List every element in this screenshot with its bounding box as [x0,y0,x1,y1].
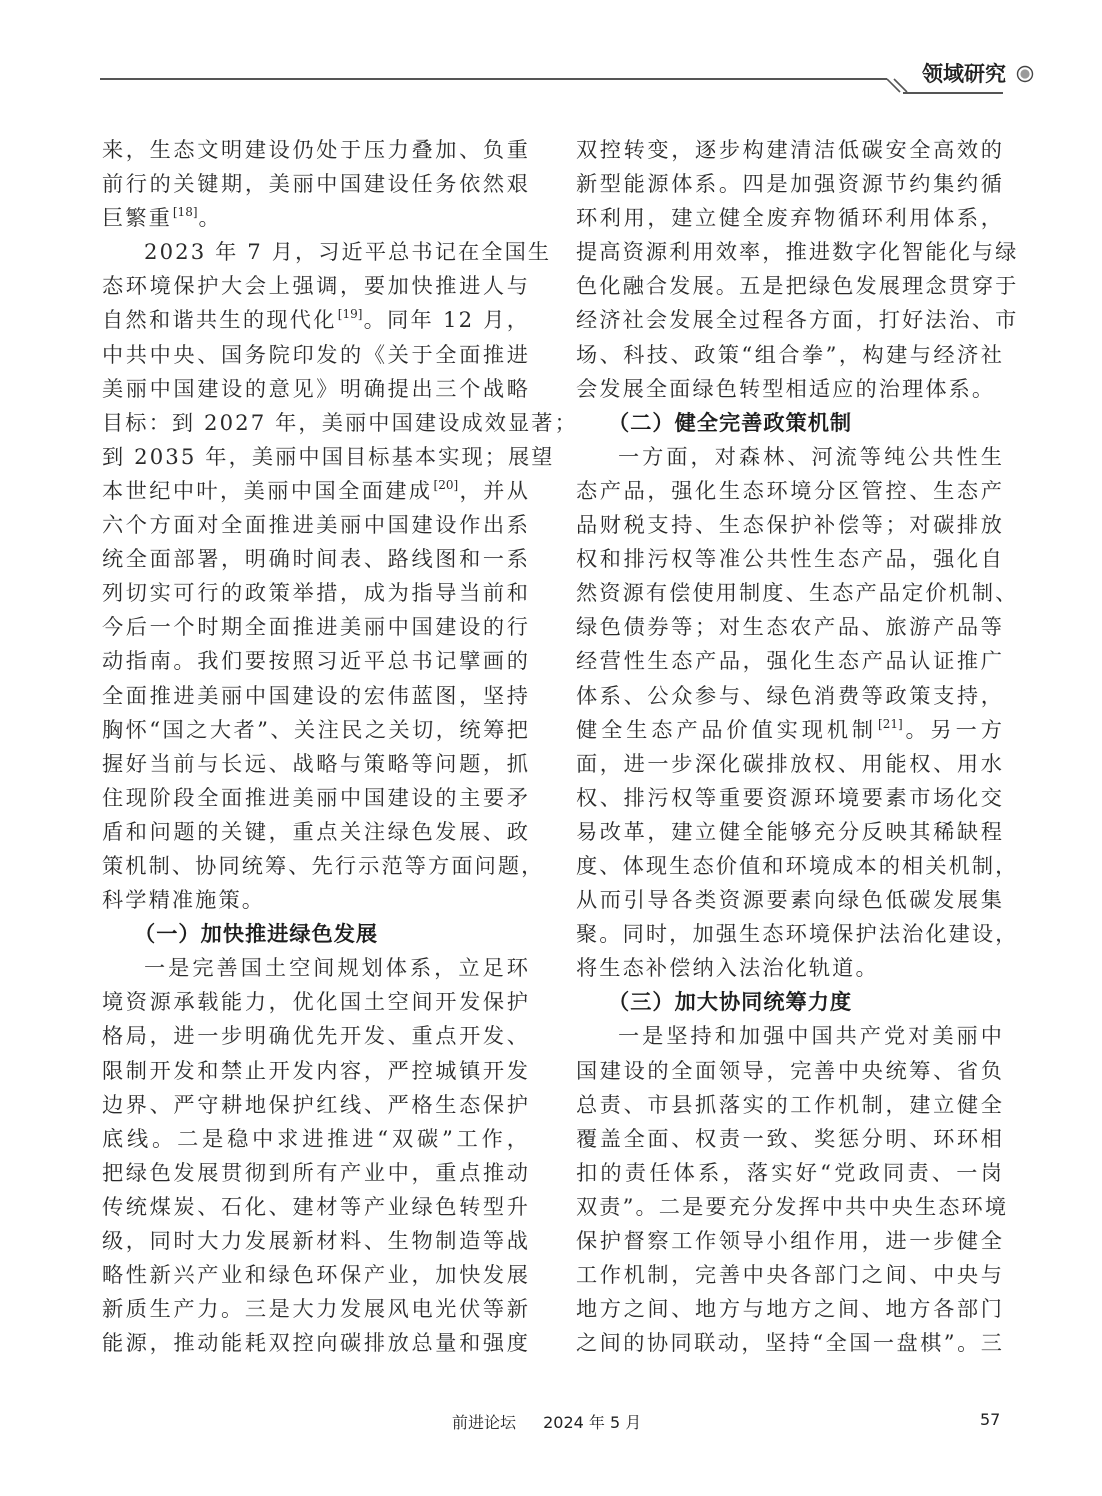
line-text: 品财税支持、生态保护补偿等；对碳排放 [576,512,1004,537]
text-line: 保护督察工作领导小组作用，进一步健全 [576,1224,1004,1258]
line-text: 然资源有偿使用制度、生态产品定价机制、 [576,580,1018,605]
line-text: 来，生态文明建设仍处于压力叠加、负重 [102,137,530,162]
line-text: 之间的协同联动，坚持“全国一盘棋”。三 [576,1330,1004,1355]
line-text: 国建设的全面领导，完善中央统筹、省负 [576,1058,1004,1083]
text-line: 本世纪中叶，美丽中国全面建成[20]，并从 [102,474,530,508]
text-line: 色化融合发展。五是把绿色发展理念贯穿于 [576,269,1004,303]
line-text: 列切实可行的政策举措，成为指导当前和 [102,580,530,605]
section-label: 领域研究 [922,58,1006,88]
text-line: 双控转变，逐步构建清洁低碳安全高效的 [576,133,1004,167]
line-text: 美丽中国建设的意见》明确提出三个战略 [102,376,530,401]
line-text: 度、体现生态价值和环境成本的相关机制， [576,853,1018,878]
text-line: 科学精准施策。 [102,883,530,917]
text-line: 扣的责任体系，落实好“党政同责、一岗 [576,1156,1004,1190]
line-text: 面，进一步深化碳排放权、用能权、用水 [576,751,1004,776]
line-text: 胸怀“国之大者”、关注民之关切，统筹把 [102,717,530,742]
text-line: 限制开发和禁止开发内容，严控城镇开发 [102,1054,530,1088]
text-line: 提高资源利用效率，推进数字化智能化与绿 [576,235,1004,269]
line-text: 略性新兴产业和绿色环保产业，加快发展 [102,1262,530,1287]
citation-marker: [18] [173,205,198,219]
line-text: 底线。二是稳中求进推进“双碳”工作， [102,1126,530,1151]
line-text: 健全生态产品价值实现机制 [576,717,877,742]
line-text: 工作机制，完善中央各部门之间、中央与 [576,1262,1004,1287]
line-text: 态产品，强化生态环境分区管控、生态产 [576,478,1004,503]
text-line: 边界、严守耕地保护红线、严格生态保护 [102,1088,530,1122]
text-line: 今后一个时期全面推进美丽中国建设的行 [102,610,530,644]
journal-name: 前进论坛 [452,1413,516,1432]
text-line: 巨繁重[18]。 [102,201,530,235]
line-text: 目标：到 2027 年，美丽中国建设成效显著； [102,410,578,435]
line-text: 环利用，建立健全废弃物循环利用体系， [576,205,1004,230]
line-text: 策机制、协同统筹、先行示范等方面问题， [102,853,544,878]
text-line: 六个方面对全面推进美丽中国建设作出系 [102,508,530,542]
line-text: 住现阶段全面推进美丽中国建设的主要矛 [102,785,530,810]
text-line: 一是坚持和加强中国共产党对美丽中 [576,1019,1004,1053]
line-text: 能源，推动能耗双控向碳排放总量和强度 [102,1330,530,1355]
text-line: 品财税支持、生态保护补偿等；对碳排放 [576,508,1004,542]
text-line: 环利用，建立健全废弃物循环利用体系， [576,201,1004,235]
header-rule [0,0,1102,110]
line-text: 盾和问题的关键，重点关注绿色发展、政 [102,819,530,844]
text-line: 动指南。我们要按照习近平总书记擘画的 [102,644,530,678]
line-text: 提高资源利用效率，推进数字化智能化与绿 [576,239,1018,264]
line-text: 权和排污权等准公共性生态产品，强化自 [576,546,1004,571]
text-line: 工作机制，完善中央各部门之间、中央与 [576,1258,1004,1292]
line-text: 一方面，对森林、河流等纯公共性生 [618,444,1004,469]
line-text-after: 。 [199,205,222,230]
line-text: 经济社会发展全过程各方面，打好法治、市 [576,307,1018,332]
text-line: 全面推进美丽中国建设的宏伟蓝图，坚持 [102,679,530,713]
right-column: 双控转变，逐步构建清洁低碳安全高效的新型能源体系。四是加强资源节约集约循环利用，… [576,133,1004,1360]
line-text: 从而引导各类资源要素向绿色低碳发展集 [576,887,1004,912]
target-circle-icon [1016,65,1034,83]
text-line: 能源，推动能耗双控向碳排放总量和强度 [102,1326,530,1360]
left-column: 来，生态文明建设仍处于压力叠加、负重前行的关键期，美丽中国建设任务依然艰巨繁重[… [102,133,530,1360]
text-line: 从而引导各类资源要素向绿色低碳发展集 [576,883,1004,917]
text-line: 前行的关键期，美丽中国建设任务依然艰 [102,167,530,201]
line-text: 2023 年 7 月，习近平总书记在全国生 [144,239,551,264]
text-line: 盾和问题的关键，重点关注绿色发展、政 [102,815,530,849]
text-line: 面，进一步深化碳排放权、用能权、用水 [576,747,1004,781]
line-text: 双责”。二是要充分发挥中共中央生态环境 [576,1194,1008,1219]
text-line: 一是完善国土空间规划体系，立足环 [102,951,530,985]
line-text: 传统煤炭、石化、建材等产业绿色转型升 [102,1194,530,1219]
line-text: 场、科技、政策“组合拳”，构建与经济社 [576,342,1004,367]
line-text: 聚。同时，加强生态环境保护法治化建设， [576,921,1018,946]
text-line: 传统煤炭、石化、建材等产业绿色转型升 [102,1190,530,1224]
text-line: 2023 年 7 月，习近平总书记在全国生 [102,235,530,269]
footer: 前进论坛 2024 年 5 月 [452,1410,641,1433]
line-text: 全面推进美丽中国建设的宏伟蓝图，坚持 [102,683,530,708]
text-line: 新型能源体系。四是加强资源节约集约循 [576,167,1004,201]
text-line: 底线。二是稳中求进推进“双碳”工作， [102,1122,530,1156]
line-text: 统全面部署，明确时间表、路线图和一系 [102,546,530,571]
text-line: 列切实可行的政策举措，成为指导当前和 [102,576,530,610]
text-line: 体系、公众参与、绿色消费等政策支持， [576,679,1004,713]
text-line: 经营性生态产品，强化生态产品认证推广 [576,644,1004,678]
text-line: 绿色债券等；对生态农产品、旅游产品等 [576,610,1004,644]
line-text: 动指南。我们要按照习近平总书记擘画的 [102,648,530,673]
text-line: 双责”。二是要充分发挥中共中央生态环境 [576,1190,1004,1224]
line-text: 扣的责任体系，落实好“党政同责、一岗 [576,1160,1004,1185]
line-text: 中共中央、国务院印发的《关于全面推进 [102,342,530,367]
citation-marker: [21] [878,717,903,731]
line-text: 新型能源体系。四是加强资源节约集约循 [576,171,1004,196]
text-line: 态产品，强化生态环境分区管控、生态产 [576,474,1004,508]
text-line: 经济社会发展全过程各方面，打好法治、市 [576,303,1004,337]
text-line: 会发展全面绿色转型相适应的治理体系。 [576,372,1004,406]
line-text: 易改革，建立健全能够充分反映其稀缺程 [576,819,1004,844]
text-line: 之间的协同联动，坚持“全国一盘棋”。三 [576,1326,1004,1360]
line-text: 覆盖全面、权责一致、奖惩分明、环环相 [576,1126,1004,1151]
line-text: 边界、严守耕地保护红线、严格生态保护 [102,1092,530,1117]
text-line: 来，生态文明建设仍处于压力叠加、负重 [102,133,530,167]
text-line: 握好当前与长远、战略与策略等问题，抓 [102,747,530,781]
citation-marker: [19] [338,307,363,321]
text-line: 统全面部署，明确时间表、路线图和一系 [102,542,530,576]
text-line: 国建设的全面领导，完善中央统筹、省负 [576,1054,1004,1088]
line-text-after: 。另一方 [904,717,1004,742]
line-text: 双控转变，逐步构建清洁低碳安全高效的 [576,137,1004,162]
text-line: 住现阶段全面推进美丽中国建设的主要矛 [102,781,530,815]
text-line: 中共中央、国务院印发的《关于全面推进 [102,338,530,372]
line-text: 体系、公众参与、绿色消费等政策支持， [576,683,1004,708]
text-line: 境资源承载能力，优化国土空间开发保护 [102,985,530,1019]
text-line: 度、体现生态价值和环境成本的相关机制， [576,849,1004,883]
line-text: 色化融合发展。五是把绿色发展理念贯穿于 [576,273,1018,298]
text-line: 级，同时大力发展新材料、生物制造等战 [102,1224,530,1258]
text-line: 胸怀“国之大者”、关注民之关切，统筹把 [102,713,530,747]
line-text: 本世纪中叶，美丽中国全面建成 [102,478,433,503]
line-text: 总责、市县抓落实的工作机制，建立健全 [576,1092,1004,1117]
line-text: 级，同时大力发展新材料、生物制造等战 [102,1228,530,1253]
text-line: 覆盖全面、权责一致、奖惩分明、环环相 [576,1122,1004,1156]
line-text: 态环境保护大会上强调，要加快推进人与 [102,273,530,298]
text-line: 把绿色发展贯彻到所有产业中，重点推动 [102,1156,530,1190]
text-line: 健全生态产品价值实现机制[21]。另一方 [576,713,1004,747]
line-text: 一是坚持和加强中国共产党对美丽中 [618,1023,1004,1048]
text-line: 美丽中国建设的意见》明确提出三个战略 [102,372,530,406]
line-text: 握好当前与长远、战略与策略等问题，抓 [102,751,530,776]
line-text: 限制开发和禁止开发内容，严控城镇开发 [102,1058,530,1083]
text-line: 新质生产力。三是大力发展风电光伏等新 [102,1292,530,1326]
line-text-after: 。同年 12 月， [363,307,530,332]
line-text: 经营性生态产品，强化生态产品认证推广 [576,648,1004,673]
text-line: 略性新兴产业和绿色环保产业，加快发展 [102,1258,530,1292]
line-text: 新质生产力。三是大力发展风电光伏等新 [102,1296,530,1321]
line-text: 科学精准施策。 [102,887,265,912]
text-line: 场、科技、政策“组合拳”，构建与经济社 [576,338,1004,372]
line-text: 六个方面对全面推进美丽中国建设作出系 [102,512,530,537]
text-line: 总责、市县抓落实的工作机制，建立健全 [576,1088,1004,1122]
line-text: 今后一个时期全面推进美丽中国建设的行 [102,614,530,639]
line-text-after: ，并从 [459,478,530,503]
text-line: 将生态补偿纳入法治化轨道。 [576,951,1004,985]
line-text: 一是完善国土空间规划体系，立足环 [144,955,530,980]
section-heading: （三）加大协同统筹力度 [576,985,1004,1019]
line-text: 前行的关键期，美丽中国建设任务依然艰 [102,171,530,196]
line-text: 地方之间、地方与地方之间、地方各部门 [576,1296,1004,1321]
citation-marker: [20] [434,478,459,492]
text-line: 一方面，对森林、河流等纯公共性生 [576,440,1004,474]
line-text: 自然和谐共生的现代化 [102,307,337,332]
page-number: 57 [980,1410,1000,1429]
text-line: 目标：到 2027 年，美丽中国建设成效显著； [102,406,530,440]
line-text: 权、排污权等重要资源环境要素市场化交 [576,785,1004,810]
line-text: 格局，进一步明确优先开发、重点开发、 [102,1023,530,1048]
line-text: 将生态补偿纳入法治化轨道。 [576,955,879,980]
line-text: 会发展全面绿色转型相适应的治理体系。 [576,376,995,401]
text-line: 然资源有偿使用制度、生态产品定价机制、 [576,576,1004,610]
text-line: 自然和谐共生的现代化[19]。同年 12 月， [102,303,530,337]
line-text: 把绿色发展贯彻到所有产业中，重点推动 [102,1160,530,1185]
line-text: 到 2035 年，美丽中国目标基本实现；展望 [102,444,555,469]
text-line: 策机制、协同统筹、先行示范等方面问题， [102,849,530,883]
line-text: 绿色债券等；对生态农产品、旅游产品等 [576,614,1004,639]
text-line: 态环境保护大会上强调，要加快推进人与 [102,269,530,303]
section-heading: （二）健全完善政策机制 [576,406,1004,440]
text-line: 易改革，建立健全能够充分反映其稀缺程 [576,815,1004,849]
text-line: 权和排污权等准公共性生态产品，强化自 [576,542,1004,576]
issue-date: 2024 年 5 月 [543,1413,641,1432]
section-heading: （一）加快推进绿色发展 [102,917,530,951]
text-line: 格局，进一步明确优先开发、重点开发、 [102,1019,530,1053]
line-text: 境资源承载能力，优化国土空间开发保护 [102,989,530,1014]
text-line: 地方之间、地方与地方之间、地方各部门 [576,1292,1004,1326]
line-text: 巨繁重 [102,205,172,230]
text-line: 聚。同时，加强生态环境保护法治化建设， [576,917,1004,951]
line-text: 保护督察工作领导小组作用，进一步健全 [576,1228,1004,1253]
text-line: 权、排污权等重要资源环境要素市场化交 [576,781,1004,815]
text-line: 到 2035 年，美丽中国目标基本实现；展望 [102,440,530,474]
